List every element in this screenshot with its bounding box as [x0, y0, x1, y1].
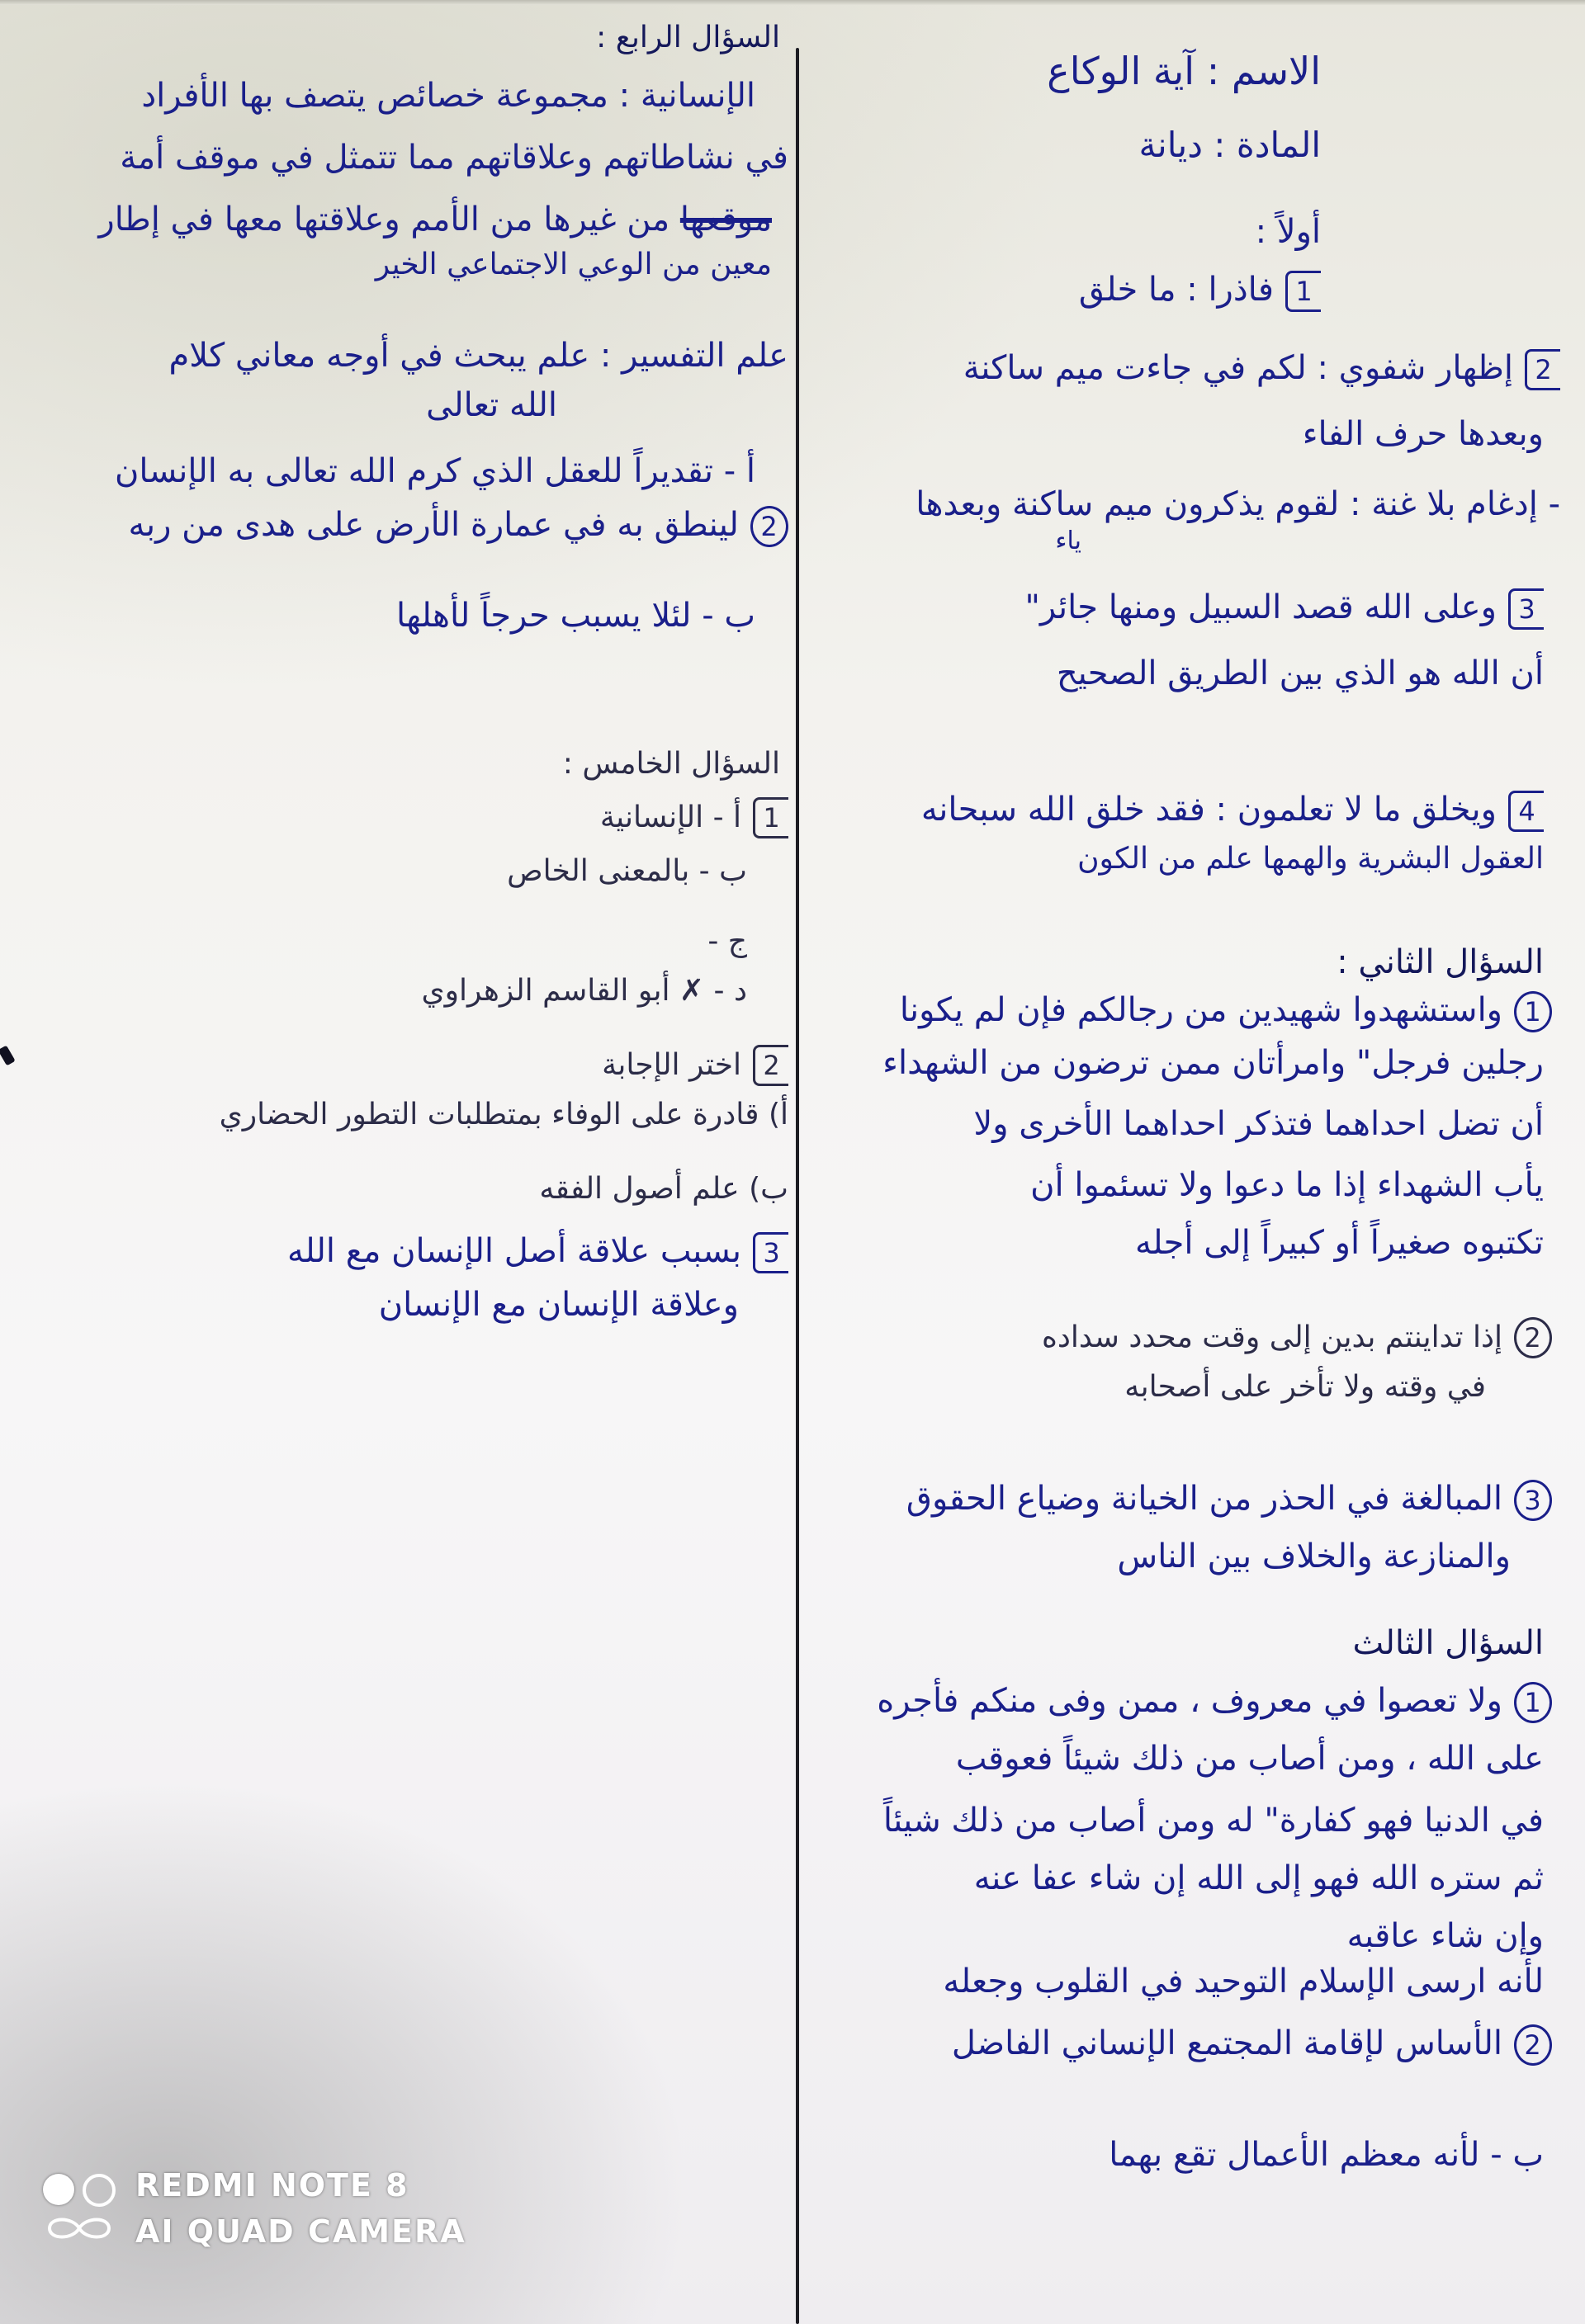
question-number-badge: 2 [750, 506, 788, 547]
question-number-badge: 1 [1514, 991, 1552, 1032]
answer-2-1-line: أن تضل احداهما فتذكر احداهما الأخرى ولا [973, 1103, 1544, 1145]
answer-4-3-line: أ - تقديراً للعقل الذي كرم الله تعالى به… [115, 450, 755, 493]
answer-5-2-title: 2اختر الإجابة [602, 1044, 788, 1087]
watermark-line-1: REDMI NOTE 8 [135, 2162, 466, 2208]
question-number-badge: 2 [753, 1045, 788, 1086]
answer-2-1-line: تكتبوه صغيراً أو كبيراً إلى أجله [1135, 1221, 1544, 1264]
answer-1-2: 2إظهار شفوي : لكم في جاءت ميم ساكنة [963, 347, 1560, 390]
section-fifth-title: السؤال الخامس : [563, 743, 780, 786]
answer-4-2-line: الله تعالى [426, 384, 557, 427]
answer-2-1-line: رجلين فرجل" وامرأتان ممن ترضون من الشهدا… [882, 1042, 1544, 1084]
answer-2-2-line: في وقته ولا تأخر على أصحابه [1124, 1366, 1486, 1409]
subject-line: المادة : ديانة [1139, 124, 1322, 167]
answer-2-1: 1واستشهدوا شهيدين من رجالكم فإن لم يكونا [900, 989, 1552, 1032]
answer-2-1-line: يأب الشهداء إذا ما دعوا ولا تسئموا أن [1030, 1164, 1544, 1207]
question-number-badge: 3 [1508, 588, 1544, 630]
answer-5-1-c: ج - [707, 920, 747, 963]
answer-1-1: 1فاذرا : ما خلق [1079, 268, 1321, 312]
answer-3-1-line: وإن شاء عاقبه [1347, 1915, 1544, 1958]
answer-1-4: 4ويخلق ما لا تعلمون : فقد خلق الله سبحان… [921, 788, 1544, 832]
column-divider-line [796, 48, 799, 2324]
question-number-badge: 1 [753, 797, 788, 838]
question-number-badge: 1 [1285, 271, 1321, 312]
question-number-badge: 2 [1514, 2024, 1552, 2066]
answer-1-3-cont: أن الله هو الذي بين الطريق الصحيح [1057, 652, 1544, 695]
pen-mark [0, 1045, 16, 1065]
answer-5-3-line: وعلاقة الإنسان مع الإنسان [379, 1283, 739, 1326]
camera-watermark: REDMI NOTE 8 AI QUAD CAMERA [41, 2162, 466, 2255]
answer-3-2: 2الأساس لإقامة المجتمع الإنساني الفاضل [952, 2022, 1552, 2066]
answer-1-2b: - إدغام بلا غنة : لقوم يذكرون ميم ساكنة … [916, 483, 1560, 526]
answer-5-2-b: ب) علم أصول الفقه [539, 1168, 788, 1211]
answer-2-3: 3المبالغة في الحذر من الخيانة وضياع الحق… [906, 1477, 1552, 1521]
section-first-title: أولاً : [1256, 210, 1321, 253]
answer-5-1-d: د - ✗ أبو القاسم الزهراوي [421, 970, 747, 1013]
watermark-line-2: AI QUAD CAMERA [135, 2208, 466, 2255]
section-fourth-title: السؤال الرابع : [596, 17, 780, 59]
camera-lens-logo-icon [41, 2169, 121, 2248]
answer-3-1-line: في الدنيا فهو كفارة" له ومن أصاب من ذلك … [883, 1799, 1544, 1842]
answer-5-1-a: 1أ - الإنسانية [600, 796, 788, 839]
answer-2-3-line: والمنازعة والخلاف بين الناس [1117, 1535, 1511, 1578]
question-number-badge: 3 [753, 1232, 788, 1273]
question-number-badge: 4 [1508, 791, 1544, 832]
answer-4-1-line-struck: موقعها من غيرها من الأمم وعلاقتها معها ف… [98, 198, 772, 241]
answer-4-1-line: معين من الوعي الاجتماعي الخير [376, 243, 772, 286]
answer-5-1-b: ب - بالمعنى الخاص [507, 850, 747, 893]
answer-1-2-cont: وبعدها حرف الفاء [1303, 413, 1544, 456]
answer-3-1: 1ولا تعصوا في معروف ، ممن وفى منكم فأجره [877, 1679, 1552, 1723]
answer-3-b: ب - لأنه معظم الأعمال تقع بهما [1109, 2133, 1544, 2176]
question-number-badge: 3 [1514, 1480, 1552, 1521]
crossed-out-word: موقعها [680, 201, 772, 239]
answer-4-2-line: علم التفسير : علم يبحث في أوجه معاني كلا… [168, 334, 788, 377]
answer-4-1-line: الإنسانية : مجموعة خصائص يتصف بها الأفرا… [141, 74, 755, 117]
answer-5-3: 3بسبب علاقة أصل الإنسان مع الله [287, 1230, 788, 1273]
section-second-title: السؤال الثاني : [1337, 941, 1544, 984]
section-third-title: السؤال الثالث [1352, 1622, 1544, 1665]
answer-1-4-cont: العقول البشرية والهمها علم من الكون [1077, 838, 1544, 881]
answer-3-2-line: لأنه ارسى الإسلام التوحيد في القلوب وجعل… [943, 1960, 1544, 2003]
question-number-badge: 2 [1514, 1317, 1552, 1358]
answer-4-3: 2لينطق به في عمارة الأرض على هدى من ربه [129, 503, 789, 547]
student-name: الاسم : آية الوكاع [1047, 50, 1321, 92]
answer-3-1-line: على الله ، ومن أصاب من ذلك شيئاً فعوقب [956, 1737, 1544, 1780]
answer-3-1-line: ثم ستره الله فهو إلى الله إن شاء عفا عنه [974, 1857, 1544, 1900]
question-number-badge: 1 [1514, 1682, 1552, 1723]
answer-1-3: 3وعلى الله قصد السبيل ومنها جائر" [1024, 586, 1544, 630]
answer-4-3-line: ب - لئلا يسبب حرجاً لأهلها [396, 594, 755, 637]
answer-1-2b-cont: ياء [1055, 520, 1081, 563]
answer-2-2: 2إذا تداينتم بدين إلى وقت محدد سداده [1042, 1316, 1552, 1359]
paper-top-edge [0, 0, 1585, 5]
answer-5-2-a: أ) قادرة على الوفاء بمتطلبات التطور الحض… [220, 1094, 788, 1136]
question-number-badge: 2 [1525, 349, 1560, 390]
answer-4-1-line: في نشاطاتهم وعلاقاتهم مما تتمثل في موقف … [120, 136, 788, 179]
